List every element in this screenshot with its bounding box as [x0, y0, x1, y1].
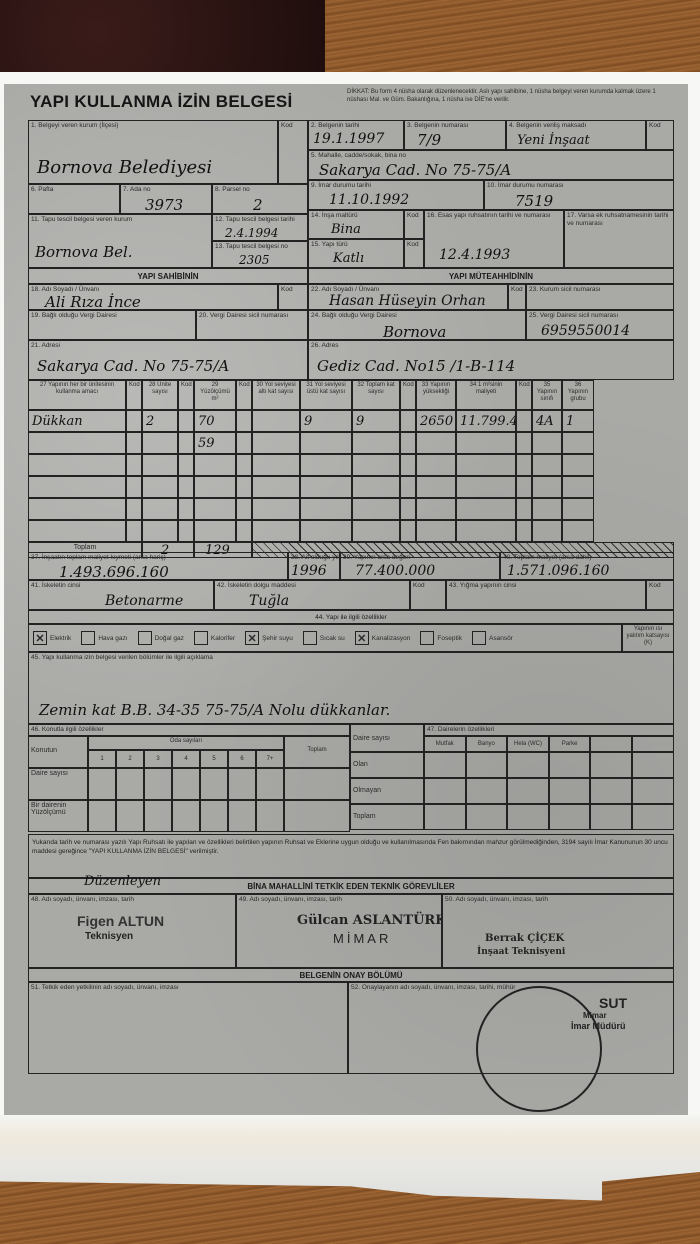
checkbox[interactable]: [138, 631, 152, 645]
apartments-cell: [632, 804, 674, 830]
units-header-cell: 29 Yüzölçümü m²: [194, 380, 236, 410]
units-cell: 9: [300, 410, 352, 432]
units-cell: [28, 476, 126, 498]
units-cell: [352, 476, 400, 498]
units-cell: [532, 432, 562, 454]
housing-konutun: Konutun: [28, 736, 88, 768]
units-cell: [300, 476, 352, 498]
units-cell: [456, 498, 516, 520]
units-cell: [178, 520, 194, 542]
housing-cell: [228, 768, 256, 800]
features-row: ✕ElektrikHava gazıDoğal gazKalorifer✕Şeh…: [28, 624, 622, 652]
units-cell: [126, 410, 142, 432]
units-header-cell: 35 Yapının sınıfı: [532, 380, 562, 410]
features-checkbox-list: ✕ElektrikHava gazıDoğal gazKalorifer✕Şeh…: [33, 631, 513, 645]
units-cell: [562, 476, 594, 498]
housing-cell: [88, 768, 116, 800]
units-cell: [194, 498, 236, 520]
units-cell: [142, 498, 178, 520]
field-43-kod: Kod: [646, 580, 674, 610]
apartments-daire-sayisi: Daire sayısı: [350, 724, 424, 752]
units-value: 11.799.40: [460, 414, 516, 429]
field-42: 42. İskeletin dolgu maddesi Tuğla: [214, 580, 410, 610]
checkbox[interactable]: [81, 631, 95, 645]
units-cell: [126, 454, 142, 476]
checkbox[interactable]: ✕: [33, 631, 47, 645]
housing-cell: [88, 800, 116, 832]
features-header: 44. Yapı ile ilgili özellikler: [28, 610, 674, 624]
field-13: 13. Tapu tescil belgesi no 2305: [212, 241, 308, 268]
handnote: Düzenleyen: [84, 874, 161, 889]
units-cell: [236, 410, 252, 432]
units-header-cell: 34 1 m²sinin maliyeti: [456, 380, 516, 410]
feature-asansör[interactable]: Asansör: [472, 631, 513, 645]
units-cell: [516, 498, 532, 520]
units-value: Dükkan: [32, 414, 83, 429]
apartments-cell: [466, 752, 508, 778]
units-header-cell: 31 Yol seviyesi üstü kat sayısı: [300, 380, 352, 410]
checkbox[interactable]: ✕: [355, 631, 369, 645]
checkbox-label: Asansör: [489, 635, 513, 642]
checkbox-label: Foseptik: [437, 635, 462, 642]
field-6: 6. Pafta: [28, 184, 120, 214]
units-cell: [300, 498, 352, 520]
field-23: 23. Kurum sicil numarası: [526, 284, 674, 310]
housing-label: 46. Konutla ilgili özellikler: [28, 724, 350, 736]
owner-section-header: YAPI SAHİBİNİN: [28, 268, 308, 284]
units-cell: [516, 476, 532, 498]
units-cell: [562, 454, 594, 476]
apartments-label: 47. Dairelerin özellikleri: [424, 724, 674, 736]
units-cell: [352, 498, 400, 520]
field-42-kod: Kod: [410, 580, 446, 610]
field-7: 7. Ada no 3973: [120, 184, 212, 214]
housing-cell: [116, 768, 144, 800]
field-14: 14. İnşa maltürü Bina: [308, 210, 404, 239]
units-cell: [416, 498, 456, 520]
feature-foseptik[interactable]: Foseptik: [420, 631, 462, 645]
units-cell: [400, 454, 416, 476]
checkbox-label: Elektrik: [50, 635, 71, 642]
units-value: 2650: [420, 414, 453, 429]
units-value: 2: [146, 414, 154, 429]
field-22: 22. Adı Soyadı / Ünvanı Hasan Hüseyin Or…: [308, 284, 508, 310]
apartments-cell: [590, 752, 632, 778]
field-48: 48. Adı soyadı, ünvanı, imzası, tarih Fi…: [28, 894, 236, 968]
units-cell: [400, 476, 416, 498]
units-cell: [416, 476, 456, 498]
housing-room-count: 5: [200, 750, 228, 768]
field-18: 18. Adı Soyadı / Ünvanı Ali Rıza İnce: [28, 284, 278, 310]
field-5: 5. Mahalle, cadde/sokak, bina no Sakarya…: [308, 150, 674, 180]
field-41: 41. İskeletin cinsi Betonarme: [28, 580, 214, 610]
checkbox-label: Şehir suyu: [262, 635, 293, 642]
field-40: 40. Toplam maliyet (arsa dahil) 1.571.09…: [500, 552, 674, 580]
field-10: 10. İmar durumu numarası 7519: [484, 180, 674, 210]
units-cell: [532, 476, 562, 498]
housing-room-count: 1: [88, 750, 116, 768]
units-header-cell: Kod: [400, 380, 416, 410]
apartments-cell: [632, 752, 674, 778]
units-cell: [126, 432, 142, 454]
declaration: Yukarıda tarih ve numarası yazılı Yapı R…: [28, 834, 674, 878]
units-cell: [562, 432, 594, 454]
units-cell: [142, 476, 178, 498]
units-cell: [252, 476, 300, 498]
field-25: 25. Vergi Dairesi sicil numarası 6959550…: [526, 310, 674, 340]
units-cell: [352, 520, 400, 542]
units-cell: [28, 520, 126, 542]
apartments-cell: [549, 804, 591, 830]
field-14-kod: Kod: [404, 210, 424, 239]
units-cell: [252, 454, 300, 476]
apartments-cell: [590, 778, 632, 804]
approval-header: BELGENİN ONAY BÖLÜMÜ: [28, 968, 674, 982]
checkbox[interactable]: [472, 631, 486, 645]
units-value: 9: [356, 414, 364, 429]
field-16: 16. Esas yapı ruhsatının tarihi ve numar…: [424, 210, 564, 268]
field-38: 38. Ait olduğu yıl 1996: [288, 552, 340, 580]
apartments-cell: [424, 778, 466, 804]
units-cell: [300, 520, 352, 542]
checkbox-label: Kanalizasyon: [372, 635, 411, 642]
units-cell: [28, 432, 126, 454]
units-cell: [252, 498, 300, 520]
apartments-cell: [507, 778, 549, 804]
housing-cell: [172, 768, 200, 800]
field-8: 8. Parsel no 2: [212, 184, 308, 214]
units-cell: [252, 432, 300, 454]
units-header-cell: 28 Ünite sayısı: [142, 380, 178, 410]
units-cell: [416, 520, 456, 542]
apartments-cell: [507, 752, 549, 778]
units-cell: [178, 410, 194, 432]
document-title: YAPI KULLANMA İZİN BELGESİ: [30, 92, 293, 112]
units-cell: [516, 454, 532, 476]
field-39: 39. Yapının arsa değeri 77.400.000: [340, 552, 500, 580]
units-cell: [416, 432, 456, 454]
units-cell: [178, 476, 194, 498]
units-cell: Dükkan: [28, 410, 126, 432]
checkbox[interactable]: [194, 631, 208, 645]
units-cell: [456, 454, 516, 476]
units-header-cell: 33 Yapının yüksekliği: [416, 380, 456, 410]
checkbox-label: Sıcak su: [320, 635, 345, 642]
units-value: 59: [198, 436, 215, 451]
housing-cell: [284, 800, 350, 832]
housing-row-label: Daire sayısı: [28, 768, 88, 800]
feature-şehir-suyu[interactable]: ✕Şehir suyu: [245, 631, 293, 645]
field-19: 19. Bağlı olduğu Vergi Dairesi: [28, 310, 196, 340]
field-15-kod: Kod: [404, 239, 424, 268]
notice-text: DİKKAT: Bu form 4 nüsha olarak düzenlene…: [347, 88, 677, 104]
apartments-col-header: [632, 736, 674, 752]
units-cell: [194, 520, 236, 542]
units-cell: [532, 454, 562, 476]
units-cell: [236, 454, 252, 476]
units-cell: [194, 476, 236, 498]
units-cell: [352, 454, 400, 476]
units-cell: [300, 432, 352, 454]
units-cell: [400, 410, 416, 432]
units-cell: [562, 520, 594, 542]
units-cell: [178, 432, 194, 454]
checkbox[interactable]: ✕: [245, 631, 259, 645]
feature-sıcak-su[interactable]: Sıcak su: [303, 631, 345, 645]
units-value: 9: [304, 414, 312, 429]
housing-cell: [116, 800, 144, 832]
housing-cell: [228, 800, 256, 832]
units-header-cell: Kod: [126, 380, 142, 410]
apartments-cell: [632, 778, 674, 804]
units-cell: 11.799.40: [456, 410, 516, 432]
units-header-cell: 32 Toplam kat sayısı: [352, 380, 400, 410]
housing-cell: [284, 768, 350, 800]
apartments-cell: [424, 804, 466, 830]
field-12: 12. Tapu tescil belgesi tarihi 2.4.1994: [212, 214, 308, 241]
units-cell: [456, 476, 516, 498]
units-cell: [236, 476, 252, 498]
field-2: 2. Belgenin tarihi 19.1.1997: [308, 120, 404, 150]
units-cell: [416, 454, 456, 476]
paper-stack: [0, 1115, 700, 1210]
field-51: 51. Tetkik eden yetkilinin adı soyadı, ü…: [28, 982, 348, 1074]
housing-room-count: 2: [116, 750, 144, 768]
housing-room-count: 7+: [256, 750, 284, 768]
checkbox[interactable]: [303, 631, 317, 645]
units-cell: 2650: [416, 410, 456, 432]
units-cell: [236, 432, 252, 454]
housing-room-count: 6: [228, 750, 256, 768]
units-cell: [178, 454, 194, 476]
units-header-cell: 30 Yol seviyesi altı kat sayısı: [252, 380, 300, 410]
feature-kalorifer[interactable]: Kalorifer: [194, 631, 235, 645]
housing-room-count: 3: [144, 750, 172, 768]
units-cell: [352, 432, 400, 454]
permit-form: YAPI KULLANMA İZİN BELGESİ DİKKAT: Bu fo…: [4, 84, 688, 1120]
official-seal: [476, 986, 602, 1112]
feature-kanalizasyon[interactable]: ✕Kanalizasyon: [355, 631, 411, 645]
housing-cell: [172, 800, 200, 832]
field-17: 17. Varsa ek ruhsatnamesinin tarihi ve n…: [564, 210, 674, 268]
leather-folder: [0, 0, 325, 80]
units-header-cell: 36 Yapının grubu: [562, 380, 594, 410]
units-cell: [516, 520, 532, 542]
feature-doğal-gaz[interactable]: Doğal gaz: [138, 631, 184, 645]
housing-cell: [144, 800, 172, 832]
units-cell: [456, 520, 516, 542]
field-9: 9. İmar durumu tarihi 11.10.1992: [308, 180, 484, 210]
field-22-kod: Kod: [508, 284, 526, 310]
units-cell: [400, 520, 416, 542]
units-cell: 70: [194, 410, 236, 432]
units-cell: [28, 498, 126, 520]
units-cell: [28, 454, 126, 476]
feature-elektrik[interactable]: ✕Elektrik: [33, 631, 71, 645]
field-45: 45. Yapı kullanma izin belgesi verilen b…: [28, 652, 674, 724]
field-24: 24. Bağlı olduğu Vergi Dairesi Bornova: [308, 310, 526, 340]
insulation-coefficient: Yapının ısı yalıtım katsayısı (K): [622, 624, 674, 652]
apartments-col-header: [590, 736, 632, 752]
units-cell: [400, 498, 416, 520]
field-11: 11. Tapu tescil belgesi veren kurum Born…: [28, 214, 212, 268]
units-cell: [252, 410, 300, 432]
units-cell: [142, 454, 178, 476]
units-value: 1: [566, 414, 574, 429]
feature-hava-gazı[interactable]: Hava gazı: [81, 631, 127, 645]
apartments-row-label: Olan: [350, 752, 424, 778]
housing-row-label: Bir dairenin Yüzölçümü: [28, 800, 88, 832]
checkbox-label: Doğal gaz: [155, 635, 184, 642]
units-cell: [516, 410, 532, 432]
checkbox-label: Kalorifer: [211, 635, 235, 642]
apartments-col-header: Mutfak: [424, 736, 466, 752]
units-cell: [252, 520, 300, 542]
units-value: 70: [198, 414, 215, 429]
units-cell: [126, 476, 142, 498]
field-1-kod: Kod: [278, 120, 308, 184]
units-cell: 59: [194, 432, 236, 454]
units-cell: [300, 454, 352, 476]
apartments-row-label: Toplam: [350, 804, 424, 830]
field-26: 26. Adres Gediz Cad. No15 /1-B-114: [308, 340, 674, 380]
housing-cell: [256, 800, 284, 832]
units-header-cell: 27 Yapının her bir ünitesinin kullanma a…: [28, 380, 126, 410]
housing-total: Toplam: [284, 736, 350, 768]
field-21: 21. Adresi Sakarya Cad. No 75-75/A: [28, 340, 308, 380]
units-cell: [532, 498, 562, 520]
apartments-cell: [466, 804, 508, 830]
units-cell: [400, 432, 416, 454]
housing-oda-sayisi: Oda sayıları: [88, 736, 284, 750]
field-3: 3. Belgenin numarası 7/9: [404, 120, 506, 150]
apartments-cell: [507, 804, 549, 830]
checkbox-label: Hava gazı: [98, 635, 127, 642]
units-cell: [194, 454, 236, 476]
field-4: 4. Belgenin veriliş maksadı Yeni İnşaat: [506, 120, 646, 150]
units-header-cell: Kod: [516, 380, 532, 410]
field-18-kod: Kod: [278, 284, 308, 310]
units-cell: 9: [352, 410, 400, 432]
field-49: 49. Adı soyadı, ünvanı, imzası, tarih Gü…: [236, 894, 442, 968]
apartments-cell: [549, 752, 591, 778]
units-cell: [142, 520, 178, 542]
apartments-col-header: Hela (WC): [507, 736, 549, 752]
field-20: 20. Vergi Dairesi sicil numarası: [196, 310, 308, 340]
field-50: 50. Adı soyadı, ünvanı, imzası, tarih Be…: [442, 894, 674, 968]
housing-room-count: 4: [172, 750, 200, 768]
units-cell: [236, 498, 252, 520]
apartments-cell: [549, 778, 591, 804]
field-4-kod: Kod: [646, 120, 674, 150]
apartments-row-label: Olmayan: [350, 778, 424, 804]
apartments-cell: [424, 752, 466, 778]
units-cell: [126, 498, 142, 520]
housing-cell: [256, 768, 284, 800]
units-cell: [178, 498, 194, 520]
field-43: 43. Yığma yapının cinsi: [446, 580, 646, 610]
units-cell: [456, 432, 516, 454]
contractor-section-header: YAPI MÜTEAHHİDİNİN: [308, 268, 674, 284]
apartments-col-header: Parke: [549, 736, 591, 752]
checkbox[interactable]: [420, 631, 434, 645]
apartments-cell: [466, 778, 508, 804]
units-cell: [562, 498, 594, 520]
field-1: 1. Belgeyi veren kurum (İlçesi) Bornova …: [28, 120, 278, 184]
apartments-cell: [590, 804, 632, 830]
units-cell: [126, 520, 142, 542]
units-cell: [516, 432, 532, 454]
units-cell: [532, 520, 562, 542]
units-cell: [236, 520, 252, 542]
units-value: 4A: [536, 414, 554, 429]
housing-cell: [144, 768, 172, 800]
field-15: 15. Yapı türü Katlı: [308, 239, 404, 268]
units-header-cell: Kod: [236, 380, 252, 410]
field-1-value: Bornova Belediyesi: [37, 157, 212, 178]
units-cell: 2: [142, 410, 178, 432]
apartments-col-header: Banyo: [466, 736, 508, 752]
units-cell: 4A: [532, 410, 562, 432]
field-37: 37. İnşaatın toplam maliyet kıymeti (ars…: [28, 552, 288, 580]
units-cell: [142, 432, 178, 454]
housing-cell: [200, 768, 228, 800]
housing-cell: [200, 800, 228, 832]
units-cell: 1: [562, 410, 594, 432]
units-header-cell: Kod: [178, 380, 194, 410]
